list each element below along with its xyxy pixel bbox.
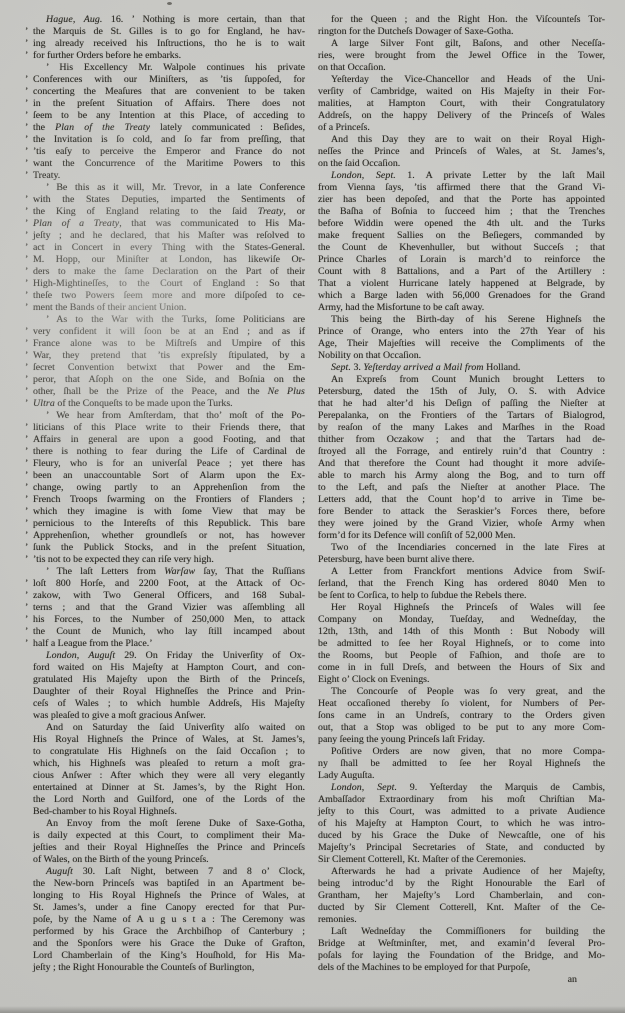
text-line: ’ His Excellency Mr. Walpole continues h… bbox=[33, 62, 305, 74]
text-line: St. James’s, under a fine Canopy erected… bbox=[33, 902, 305, 914]
hanging-quote: ’ bbox=[25, 350, 28, 362]
text-line: Petersburg, have been burnt alive there. bbox=[318, 554, 605, 566]
text-line: London, Auguſt 29. On Friday the Univerſ… bbox=[33, 650, 305, 662]
text-line: which, his Highneſs was pleaſed to retur… bbox=[33, 758, 305, 770]
text-line: from Vienna ſays, ’tis affirmed there th… bbox=[318, 182, 605, 194]
text-line: A large Silver Font gilt, Baſons, and ot… bbox=[318, 38, 605, 50]
hanging-quote: ’ bbox=[25, 302, 28, 314]
text-line: Age, Their Majeſties will receive the Co… bbox=[318, 338, 605, 350]
text-line: Lady Auguſta. bbox=[318, 770, 605, 782]
text-line: able to march his Army along the Bog, an… bbox=[318, 470, 605, 482]
hanging-quote: ’ bbox=[25, 110, 28, 122]
text-line: ’there is nothing to fear during the Lif… bbox=[33, 446, 305, 458]
text-line: to the Left, and paſs the Nieſter at ano… bbox=[318, 482, 605, 494]
hanging-quote: ’ bbox=[25, 266, 28, 278]
text-line: which a Barge laden with 56,000 Grenadoe… bbox=[318, 290, 605, 302]
hanging-quote: ’ bbox=[25, 638, 28, 650]
hanging-quote: ’ bbox=[25, 494, 28, 506]
text-line: ’loſt 800 Horſe, and 2200 Foot, at the A… bbox=[33, 578, 305, 590]
text-line: Poſitive Orders are now given, that no m… bbox=[318, 746, 605, 758]
text-line: of his Majeſty at Hampton Court, to whic… bbox=[318, 818, 605, 830]
text-line: And on Saturday the ſaid Univerſity alſo… bbox=[33, 722, 305, 734]
hanging-quote: ’ bbox=[25, 542, 28, 554]
text-line: And that therefore the Count had thought… bbox=[318, 458, 605, 470]
text-line: Prince Charles of Lorain is march’d to r… bbox=[318, 254, 605, 266]
text-line: form’d for its Defence will conſiſt of 5… bbox=[318, 530, 605, 542]
hanging-quote: ’ bbox=[25, 50, 28, 62]
text-line: ’Plan of a Treaty, that was communicated… bbox=[33, 218, 305, 230]
text-line: ’War, they pretend that ’tis expreſsly ſ… bbox=[33, 350, 305, 362]
text-line: ’half a League from the Place.’ bbox=[33, 638, 305, 650]
text-line: Lord Chamberlain of the King’s Houſhold,… bbox=[33, 950, 305, 962]
text-line: ’the Marquis de St. Gilles is to go for … bbox=[33, 26, 305, 38]
text-line: for the Queen ; and the Right Hon. the V… bbox=[318, 14, 605, 26]
text-line: on the ſaid Occaſion. bbox=[318, 158, 605, 170]
newspaper-column-left: Hague, Aug. 16. ’ Nothing is more certai… bbox=[33, 14, 305, 974]
text-line: ſerland, that the French King has ordere… bbox=[318, 578, 605, 590]
hanging-quote: ’ bbox=[25, 434, 28, 446]
hanging-quote: ’ bbox=[25, 446, 28, 458]
text-line: come in in full Dreſs, and between the H… bbox=[318, 662, 605, 674]
hanging-quote: ’ bbox=[25, 278, 28, 290]
hanging-quote: ’ bbox=[25, 326, 28, 338]
text-line: Nobility on that Occaſion. bbox=[318, 350, 605, 362]
hanging-quote: ’ bbox=[25, 194, 28, 206]
text-line: ford waited on His Majeſty at Hampton Co… bbox=[33, 662, 305, 674]
text-line: ’M. Hopp, our Miniſter at London, has li… bbox=[33, 254, 305, 266]
text-line: This being the Birth-day of his Serene H… bbox=[318, 314, 605, 326]
text-line: ’’tis eaſy to perceive the Emperor and F… bbox=[33, 146, 305, 158]
text-line: the Count de Khevenhuller, but without S… bbox=[318, 242, 605, 254]
hanging-quote: ’ bbox=[25, 98, 28, 110]
text-line: ’want the Concurrence of the Maritime Po… bbox=[33, 158, 305, 170]
text-line: Count with 8 Battalions, and a Part of t… bbox=[318, 266, 605, 278]
text-line: ’ders to make the ſame Declaration on th… bbox=[33, 266, 305, 278]
hanging-quote: ’ bbox=[25, 482, 28, 494]
text-line: ’concerting the Meaſures that are conven… bbox=[33, 86, 305, 98]
text-line: Ambaſſador Extraordinary from his moſt C… bbox=[318, 794, 605, 806]
hanging-quote: ’ bbox=[25, 338, 28, 350]
text-line: dels of the Machines to be employed for … bbox=[318, 962, 605, 974]
text-line: ’act in Concert in every Thing with the … bbox=[33, 242, 305, 254]
text-line: performed by his Grace the Archbiſhop of… bbox=[33, 926, 305, 938]
text-line: ſtroyed all the Forrage, and entirely ru… bbox=[318, 446, 605, 458]
text-line: ’ment the Bands of their ancient Union. bbox=[33, 302, 305, 314]
text-line: ’pernicious to the Intereſts of this Rep… bbox=[33, 518, 305, 530]
text-line: on that Occaſion. bbox=[318, 62, 605, 74]
text-line: ’ſeem to be any Intention at this Place,… bbox=[33, 110, 305, 122]
text-line: ’ſecret Convention betwixt that Power an… bbox=[33, 362, 305, 374]
text-line: ceſs of Wales ; to which humble Addreſs,… bbox=[33, 698, 305, 710]
text-line: ’which they imagine is with ſome View th… bbox=[33, 506, 305, 518]
text-line: That a violent Hurricane lately happened… bbox=[318, 278, 605, 290]
text-line: Laſt Wedneſday the Commiſſioners for bui… bbox=[318, 926, 605, 938]
hanging-quote: ’ bbox=[25, 74, 28, 86]
text-line: Bed-chamber to his Royal Highneſs. bbox=[33, 806, 305, 818]
text-line: by reaſon of the many Lakes and Marſhes … bbox=[318, 422, 605, 434]
text-line: Daughter of their Royal Highneſſes the P… bbox=[33, 686, 305, 698]
text-line: ’ We hear from Amſterdam, that tho’ moſt… bbox=[33, 410, 305, 422]
text-line: duced by his Grace the Duke of Newcaſtle… bbox=[318, 830, 605, 842]
text-line: ’ Be this as it will, Mr. Trevor, in a l… bbox=[33, 182, 305, 194]
text-line: cious Anſwer : After which they were all… bbox=[33, 770, 305, 782]
text-line: Addreſs, on the happy Delivery of the Pr… bbox=[318, 110, 605, 122]
text-line: Sept. 3. Yeſterday arrived a Mail from H… bbox=[318, 362, 605, 374]
text-line: Bridge at Weſtminſter, met, and examin’d… bbox=[318, 938, 605, 950]
text-line: ’Conferences with our Miniſters, as ’tis… bbox=[33, 74, 305, 86]
hanging-quote: ’ bbox=[25, 206, 28, 218]
text-line: pany ſeeing the young Princeſs laſt Frid… bbox=[318, 734, 605, 746]
text-line: ’with the States Deputies, imparted the … bbox=[33, 194, 305, 206]
hanging-quote: ’ bbox=[25, 554, 28, 566]
hanging-quote: ’ bbox=[25, 170, 28, 182]
hanging-quote: ’ bbox=[25, 362, 28, 374]
hanging-quote: ’ bbox=[25, 602, 28, 614]
hanging-quote: ’ bbox=[25, 374, 28, 386]
text-line: Auguſt 30. Laſt Night, between 7 and 8 o… bbox=[33, 866, 305, 878]
text-line: Grantham, her Majeſty’s Lord Chamberlain… bbox=[318, 890, 605, 902]
text-line: Prince of Orange, who enters into the 27… bbox=[318, 326, 605, 338]
text-line: be admitted to ſee her Royal Highneſs, o… bbox=[318, 638, 605, 650]
text-line: Majeſty’s Principal Secretaries of State… bbox=[318, 842, 605, 854]
text-line: ’France alone was to be Miſtreſs and Ump… bbox=[33, 338, 305, 350]
text-line: ’for further Orders before he embarks. bbox=[33, 50, 305, 62]
text-line: ’Ultra of the Conqueſts to be made upon … bbox=[33, 398, 305, 410]
text-line: The Concourſe of People was ſo very grea… bbox=[318, 686, 605, 698]
text-line: ’jeſty ; and he declared, that his Maſte… bbox=[33, 230, 305, 242]
text-line: ’Fleury, who is for an univerſal Peace ;… bbox=[33, 458, 305, 470]
hanging-quote: ’ bbox=[25, 422, 28, 434]
text-line: fore Bender to attack the Seraskier’s Fo… bbox=[318, 506, 605, 518]
text-line: ’been an unaccountable Sort of Alarm upo… bbox=[33, 470, 305, 482]
text-line: the New-born Princeſs was baptiſed in an… bbox=[33, 878, 305, 890]
hanging-quote: ’ bbox=[25, 38, 28, 50]
text-line: that he had alter’d his Deſign of paſſin… bbox=[318, 398, 605, 410]
text-line: An Envoy from the moſt ſerene Duke of Sa… bbox=[33, 818, 305, 830]
text-line: London, Sept. 9. Yeſterday the Marquis d… bbox=[318, 782, 605, 794]
text-line: the Lord North and Guilford, one of the … bbox=[33, 794, 305, 806]
text-line: to congratulate His Highneſs on the ſaid… bbox=[33, 746, 305, 758]
hanging-quote: ’ bbox=[25, 134, 28, 146]
text-line: ’ The laſt Letters from Warſaw ſay, That… bbox=[33, 566, 305, 578]
scan-speck bbox=[167, 2, 172, 5]
scan-bottom-shadow bbox=[0, 1006, 625, 1013]
text-line: ’peror, that Aſoph on the one Side, and … bbox=[33, 374, 305, 386]
text-line: entertained at Dinner at St. James’s, by… bbox=[33, 782, 305, 794]
text-line: thither from Oczakow ; and that the Tart… bbox=[318, 434, 605, 446]
hanging-quote: ’ bbox=[25, 614, 28, 626]
text-line: ’Treaty. bbox=[33, 170, 305, 182]
hanging-quote: ’ bbox=[25, 518, 28, 530]
hanging-quote: ’ bbox=[25, 470, 28, 482]
text-line: ’ing already received his Inſtructions, … bbox=[33, 38, 305, 50]
text-line: of Wales, on the Birth of the young Prin… bbox=[33, 854, 305, 866]
text-line: ’Affairs in general are upon a good Foot… bbox=[33, 434, 305, 446]
hanging-quote: ’ bbox=[25, 158, 28, 170]
hanging-quote: ’ bbox=[25, 626, 28, 638]
text-line: being introduc’d by the Right Honourable… bbox=[318, 878, 605, 890]
text-line: His Royal Highneſs the Prince of Wales, … bbox=[33, 734, 305, 746]
text-line: Heat occaſioned thereby ſo violent, for … bbox=[318, 698, 605, 710]
hanging-quote: ’ bbox=[25, 458, 28, 470]
text-line: ’ As to the War with the Turks, ſome Pol… bbox=[33, 314, 305, 326]
text-line: London, Sept. 1. A private Letter by the… bbox=[318, 170, 605, 182]
text-line: Company on Monday, Tueſday, and Wedneſda… bbox=[318, 614, 605, 626]
text-line: ’his Forces, to the Number of 250,000 Me… bbox=[33, 614, 305, 626]
text-line: 12th, 13th, and 14th of this Month : But… bbox=[318, 626, 605, 638]
hanging-quote: ’ bbox=[25, 230, 28, 242]
hanging-quote: ’ bbox=[25, 398, 28, 410]
text-line: ries, were brought from the Jewel Office… bbox=[318, 50, 605, 62]
text-line: Her Royal Highneſs the Princeſs of Wales… bbox=[318, 602, 605, 614]
text-line: before Widdin were opened the 4th ult. a… bbox=[318, 218, 605, 230]
text-line: neſſes the Prince and Princeſs of Wales,… bbox=[318, 146, 605, 158]
text-line: ’liticians of this Place write to their … bbox=[33, 422, 305, 434]
text-line: ’very confident it will ſoon be at an En… bbox=[33, 326, 305, 338]
text-line: ’the Plan of the Treaty lately communica… bbox=[33, 122, 305, 134]
hanging-quote: ’ bbox=[25, 530, 28, 542]
hanging-quote: ’ bbox=[25, 254, 28, 266]
text-line: ’Apprehenſion, whether groundleſs or not… bbox=[33, 530, 305, 542]
hanging-quote: ’ bbox=[25, 578, 28, 590]
text-line: jeſty ; the Right Honourable the Counteſ… bbox=[33, 962, 305, 974]
newspaper-page: Hague, Aug. 16. ’ Nothing is more certai… bbox=[0, 0, 625, 1013]
text-line: ’French Troops ſwarming on the Frontiers… bbox=[33, 494, 305, 506]
text-line: of a Princeſs. bbox=[318, 122, 605, 134]
text-line: rington for the Dutcheſs Dowager of Saxe… bbox=[318, 26, 605, 38]
text-line: was pleaſed to give a moſt gracious Anſw… bbox=[33, 710, 305, 722]
text-line: Afterwards he had a private Audience of … bbox=[318, 866, 605, 878]
text-line: ’theſe two Powers ſeem more and more diſ… bbox=[33, 290, 305, 302]
hanging-quote: ’ bbox=[25, 386, 28, 398]
text-line: be ſent to Corſica, to help to ſubdue th… bbox=[318, 590, 605, 602]
text-line: Sir Clement Cotterell, Kt. Maſter of the… bbox=[318, 854, 605, 866]
text-line: Army, had the Misfortune to be caſt away… bbox=[318, 302, 605, 314]
text-line: poſals for laying the Foundation of the … bbox=[318, 950, 605, 962]
catchword: an bbox=[318, 974, 605, 986]
text-line: ’in the preſent Situation of Affairs. Th… bbox=[33, 98, 305, 110]
text-line: the Rooms, but People of Faſhion, and th… bbox=[318, 650, 605, 662]
text-line: the Baſha of Boſnia to ſucceed him ; tha… bbox=[318, 206, 605, 218]
text-line: ’ſunk the Publick Stocks, and in the pre… bbox=[33, 542, 305, 554]
hanging-quote: ’ bbox=[25, 506, 28, 518]
text-line: and the Sponſors were his Grace the Duke… bbox=[33, 938, 305, 950]
hanging-quote: ’ bbox=[25, 218, 28, 230]
text-line: Two of the Incendiaries concerned in the… bbox=[318, 542, 605, 554]
text-line: ’the Count de Munich, who lay ſtill inca… bbox=[33, 626, 305, 638]
hanging-quote: ’ bbox=[25, 122, 28, 134]
text-line: Perepalanka, on the Frontiers of the Tar… bbox=[318, 410, 605, 422]
text-line: is daily expected at this Court, to comp… bbox=[33, 830, 305, 842]
text-line: gratulated His Majeſty upon the Birth of… bbox=[33, 674, 305, 686]
text-line: jeſty to this Court, was admitted to a p… bbox=[318, 806, 605, 818]
text-line: make frequent Sallies on the Beſiegers, … bbox=[318, 230, 605, 242]
text-line: longing to His Royal Highneſs the Prince… bbox=[33, 890, 305, 902]
text-line: ’’tis not to be expected they can riſe v… bbox=[33, 554, 305, 566]
text-line: Petersburg, dated the 15th of July, O. S… bbox=[318, 386, 605, 398]
text-line: ’change, owing partly to an Apprehenſion… bbox=[33, 482, 305, 494]
text-line: out, that a Stop was obliged to be put t… bbox=[318, 722, 605, 734]
text-line: malities, at Hampton Court, with their C… bbox=[318, 98, 605, 110]
text-line: Letters add, that the Count hop’d to arr… bbox=[318, 494, 605, 506]
text-line: jeſties and their Royal Highneſſes the P… bbox=[33, 842, 305, 854]
hanging-quote: ’ bbox=[25, 146, 28, 158]
text-line: poſe, by the Name of A u g u s t a : The… bbox=[33, 914, 305, 926]
text-line: An Expreſs from Count Munich brought Let… bbox=[318, 374, 605, 386]
text-line: A Letter from Franckfort mentions Advice… bbox=[318, 566, 605, 578]
hanging-quote: ’ bbox=[25, 242, 28, 254]
text-line: Eight o’ Clock on Evenings. bbox=[318, 674, 605, 686]
text-line: ſons came in an Undreſs, contrary to the… bbox=[318, 710, 605, 722]
hanging-quote: ’ bbox=[25, 290, 28, 302]
text-line: remonies. bbox=[318, 914, 605, 926]
text-line: Yeſterday the Vice-Chancellor and Heads … bbox=[318, 74, 605, 86]
text-line: ’terns ; and that the Grand Vizier was a… bbox=[33, 602, 305, 614]
text-line: ’High-Mightineſſes, to the Court of Engl… bbox=[33, 278, 305, 290]
text-line: zier has been depoſed, and that the Port… bbox=[318, 194, 605, 206]
hanging-quote: ’ bbox=[25, 590, 28, 602]
text-line: ny ſhall be admitted to ſee her Royal Hi… bbox=[318, 758, 605, 770]
newspaper-column-right: for the Queen ; and the Right Hon. the V… bbox=[318, 14, 605, 986]
text-line: And this Day they are to wait on their R… bbox=[318, 134, 605, 146]
text-line: Hague, Aug. 16. ’ Nothing is more certai… bbox=[33, 14, 305, 26]
text-line: verſity of Cambridge, waited on His Maje… bbox=[318, 86, 605, 98]
hanging-quote: ’ bbox=[25, 26, 28, 38]
text-line: ’other, ſhall be the Prize of the Peace,… bbox=[33, 386, 305, 398]
text-line: ducted by Sir Clement Cotterell, Knt. Ma… bbox=[318, 902, 605, 914]
text-line: ’the Invitation is ſo cold, and ſo far f… bbox=[33, 134, 305, 146]
hanging-quote: ’ bbox=[25, 86, 28, 98]
text-line: ’the King of England relating to the ſai… bbox=[33, 206, 305, 218]
text-line: they were joined by the Grand Vizier, wh… bbox=[318, 518, 605, 530]
text-line: ’zakow, with Two General Officers, and 1… bbox=[33, 590, 305, 602]
